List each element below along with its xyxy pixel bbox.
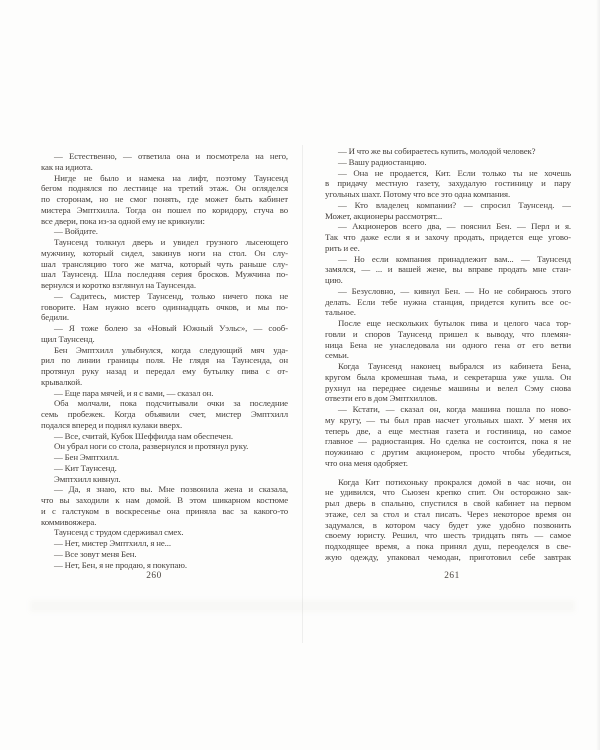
text-line: — Нет, Бен, я не продаю, я покупаю.: [41, 560, 288, 571]
text-line: делать. Если тебе нужна станция, придетс…: [325, 297, 571, 308]
text-line: кругом была кромешная тьма, и секретарша…: [325, 372, 571, 383]
text-line: — Нет, мистер Эмптхилл, я не...: [41, 538, 288, 549]
text-line: — Да, я знаю, кто вы. Мне позвонила жена…: [41, 484, 288, 495]
text-line: — Она не продается, Кит. Если только ты …: [325, 168, 571, 179]
paragraph: — Все зовут меня Бен.: [41, 549, 288, 560]
text-line: Так что даже если я и захочу продать, пр…: [325, 232, 571, 243]
text-line: — Я тоже болею за «Новый Южный Уэльс», —…: [41, 323, 288, 334]
paragraph: — Безусловно, — кивнул Бен. — Но не соби…: [325, 286, 571, 318]
paragraph: — Да, я знаю, кто вы. Мне позвонила жена…: [41, 484, 288, 527]
text-line: Эмптхилл кивнул.: [41, 474, 288, 485]
text-line: говорите. Нам нужно всего одиннадцать оч…: [41, 302, 288, 313]
paragraph: Бен Эмптхилл улыбнулся, когда следующий …: [41, 345, 288, 388]
paragraph: Таунсенд толкнул дверь и увидел грузного…: [41, 237, 288, 291]
paragraph: — Нет, мистер Эмптхилл, я не...: [41, 538, 288, 549]
paragraph: — Естественно, — ответила она и посмотре…: [41, 151, 288, 173]
text-line: своему юристу. Решил, что шесть тридцать…: [325, 530, 571, 541]
paragraph: — Она не продается, Кит. Если только ты …: [325, 168, 571, 200]
text-line: и с галстуком в воскресенье она приняла …: [41, 506, 288, 517]
text-line: рухнул на переднее сиденье машины и веле…: [325, 383, 571, 394]
paragraph: — Но если компания принадлежит вам... — …: [325, 254, 571, 286]
text-line: — Вашу радиостанцию.: [325, 157, 571, 168]
text-line: не удивился, что Сьюзен крепко спит. Он …: [325, 487, 571, 498]
text-line: тальное.: [325, 307, 571, 318]
text-line: — Еще пара мячей, и я с вами, — сказал о…: [41, 388, 288, 399]
text-line: Таунсенд с трудом сдерживал смех.: [41, 527, 288, 538]
text-line: — Акционеров всего два, — пояснил Бен. —…: [325, 221, 571, 232]
text-line: — Естественно, — ответила она и посмотре…: [41, 151, 288, 162]
text-line: — Но если компания принадлежит вам... — …: [325, 254, 571, 265]
paragraph: — Садитесь, мистер Таунсенд, только ниче…: [41, 291, 288, 323]
book-scan: — Естественно, — ответила она и посмотре…: [0, 0, 600, 750]
text-line: этаже, сел за стол и стал писать. Через …: [325, 509, 571, 520]
text-line: — Бен Эмптхилл.: [41, 452, 288, 463]
text-line: — Безусловно, — кивнул Бен. — Но не соби…: [325, 286, 571, 297]
text-line: Таунсенд толкнул дверь и увидел грузного…: [41, 237, 288, 248]
paragraph: — Кит Таунсенд.: [41, 463, 288, 474]
text-line: шал трансляцию того же матча, который чу…: [41, 259, 288, 270]
text-line: жую одежду, упаковал чемодан, приготовил…: [325, 552, 571, 563]
text-line: главное — радиостанция. Но сделка не сос…: [325, 436, 571, 447]
text-line: вернулся и коротко взглянул на Таунсенда…: [41, 280, 288, 291]
text-line: поужинаю с другим акционером, просто что…: [325, 447, 571, 458]
text-line: Нигде не было и намека на лифт, поэтому …: [41, 173, 288, 184]
text-line: Бен Эмптхилл улыбнулся, когда следующий …: [41, 345, 288, 356]
text-line: что вы заходили к нам домой. В этом шика…: [41, 495, 288, 506]
text-line: семьи.: [325, 350, 571, 361]
text-line: — Кстати, — сказал он, когда машина пошл…: [325, 404, 571, 415]
paragraph: — И что же вы собираетесь купить, молодо…: [325, 146, 571, 157]
text-line: что она меня одобряет.: [325, 458, 571, 469]
paragraph: Он убрал ноги со стола, развернулся и пр…: [41, 441, 288, 452]
text-line: подался вперед и поднял кулаки вверх.: [41, 420, 288, 431]
text-line: крывалкой.: [41, 377, 288, 388]
paragraph: — Вашу радиостанцию.: [325, 157, 571, 168]
text-line: замялся, — ... и вашей жене, вы вправе п…: [325, 264, 571, 275]
page-right-text: — И что же вы собираетесь купить, молодо…: [325, 146, 571, 563]
text-line: как на идиота.: [41, 162, 288, 173]
paragraph: Когда Кит потихоньку прокрался домой в ч…: [325, 477, 571, 563]
text-line: Когда Кит потихоньку прокрался домой в ч…: [325, 477, 571, 488]
text-line: подходящее время, а пока принял душ, пер…: [325, 541, 571, 552]
text-line: шал Таунсенд. Шла последняя серия броско…: [41, 269, 288, 280]
gutter-line: [302, 145, 303, 643]
text-line: отвезти его в дом Эмптхиллов.: [325, 393, 571, 404]
text-line: — Все зовут меня Бен.: [41, 549, 288, 560]
page-number-right: 261: [402, 571, 502, 581]
text-line: — И что же вы собираетесь купить, молодо…: [325, 146, 571, 157]
text-line: по сторонам, но не смог понять, где може…: [41, 194, 288, 205]
text-line: рыл дверь в спальню, спустился в свой ка…: [325, 498, 571, 509]
text-line: семь пробежек. Когда объявили счет, мист…: [41, 409, 288, 420]
paragraph: После еще нескольких бутылок пива и цело…: [325, 318, 571, 361]
scan-edge-shadow: [596, 0, 600, 750]
paragraph: Когда Таунсенд наконец выбрался из кабин…: [325, 361, 571, 404]
paragraph: Эмптхилл кивнул.: [41, 474, 288, 485]
text-line: — Все, считай, Кубок Шеффилда нам обеспе…: [41, 431, 288, 442]
text-line: щил Таунсенд.: [41, 334, 288, 345]
page-left-text: — Естественно, — ответила она и посмотре…: [41, 151, 288, 570]
text-line: говли и споров Таунсенд пришел к выводу,…: [325, 329, 571, 340]
text-line: После еще нескольких бутылок пива и цело…: [325, 318, 571, 329]
text-line: угольных шахт. Потому что все это одна к…: [325, 189, 571, 200]
paragraph: — Кстати, — сказал он, когда машина пошл…: [325, 404, 571, 469]
paragraph: — Я тоже болею за «Новый Южный Уэльс», —…: [41, 323, 288, 345]
text-line: Когда Таунсенд наконец выбрался из кабин…: [325, 361, 571, 372]
page-number-left: 260: [104, 571, 204, 581]
text-line: все двери, пока из-за одной ему не крикн…: [41, 216, 288, 227]
paragraph: — Войдите.: [41, 226, 288, 237]
text-line: Оба молчали, пока подсчитывали очки за п…: [41, 398, 288, 409]
text-line: бегом поднялся по лестнице на третий эта…: [41, 183, 288, 194]
paragraph: — Кто владелец компании? — спросил Таунс…: [325, 200, 571, 222]
paragraph: — Все, считай, Кубок Шеффилда нам обеспе…: [41, 431, 288, 442]
paragraph: Нигде не было и намека на лифт, поэтому …: [41, 173, 288, 227]
text-line: мистера Эмптхилла. Тогда он пошел по кор…: [41, 205, 288, 216]
text-line: в придачу местную газету, захудалую гост…: [325, 178, 571, 189]
text-line: Может, акционеры рассмотрят...: [325, 211, 571, 222]
paragraph: — Нет, Бен, я не продаю, я покупаю.: [41, 560, 288, 571]
text-line: рить и ее.: [325, 243, 571, 254]
paragraph: — Еще пара мячей, и я с вами, — сказал о…: [41, 388, 288, 399]
text-line: бедили.: [41, 312, 288, 323]
paragraph: Оба молчали, пока подсчитывали очки за п…: [41, 398, 288, 430]
text-line: — Кто владелец компании? — спросил Таунс…: [325, 200, 571, 211]
text-line: протянул руку назад и передал ему бутылк…: [41, 366, 288, 377]
text-line: коммивояжера.: [41, 517, 288, 528]
paragraph: Таунсенд с трудом сдерживал смех.: [41, 527, 288, 538]
text-line: мужчину, который сидел, закинув ноги на …: [41, 248, 288, 259]
text-line: теперь две, а еще местная газета и гости…: [325, 426, 571, 437]
text-line: — Войдите.: [41, 226, 288, 237]
text-line: Он убрал ноги со стола, развернулся и пр…: [41, 441, 288, 452]
text-line: рил по линии границы поля. Не глядя на Т…: [41, 355, 288, 366]
text-line: — Кит Таунсенд.: [41, 463, 288, 474]
paragraph: — Бен Эмптхилл.: [41, 452, 288, 463]
text-line: задумался, в котором часу будет уже удоб…: [325, 520, 571, 531]
paragraph: — Акционеров всего два, — пояснил Бен. —…: [325, 221, 571, 253]
text-line: — Садитесь, мистер Таунсенд, только ниче…: [41, 291, 288, 302]
text-line: ница Бена не унаследовала ни одного гена…: [325, 340, 571, 351]
page-showthrough-smudge: [30, 600, 575, 612]
text-line: му кругу, — ты был прав насчет угольных …: [325, 415, 571, 426]
text-line: цию.: [325, 275, 571, 286]
